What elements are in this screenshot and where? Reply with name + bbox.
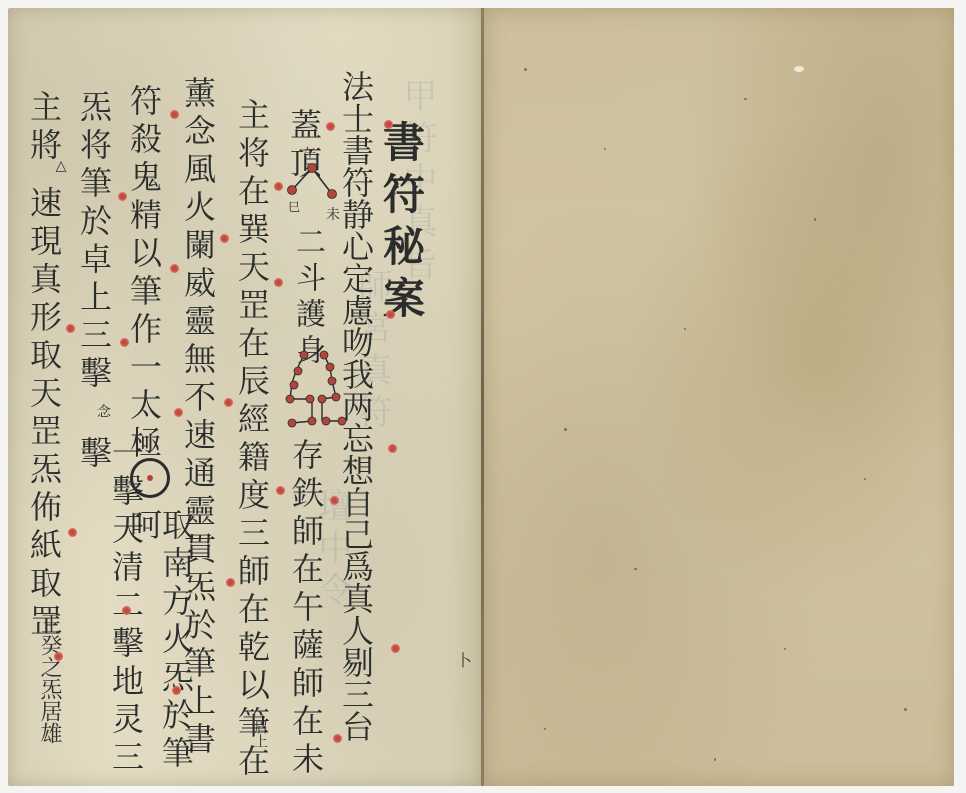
diagram-label-right: 未: [326, 204, 340, 224]
text-column-7a: 主將: [28, 90, 60, 166]
red-punctuation-dot: [276, 486, 285, 495]
red-punctuation-dot: [170, 264, 179, 273]
red-punctuation-dot: [384, 120, 393, 129]
text-column-2c: 存鉄師在午薩師在未: [290, 438, 322, 780]
red-punctuation-dot: [174, 408, 183, 417]
left-page: 甲符中真旨 師宮真符 壇中令 書符秘案 法士書符静心定慮吻我两忘想自己爲真人剔三…: [8, 8, 484, 786]
red-punctuation-dot: [118, 192, 127, 201]
page-title: 書符秘案: [380, 120, 422, 328]
red-punctuation-dot: [388, 444, 397, 453]
red-punctuation-dot: [54, 652, 63, 661]
red-punctuation-dot: [170, 110, 179, 119]
red-punctuation-dot: [330, 496, 339, 505]
paper-speck: [564, 428, 567, 431]
manuscript-spread: 甲符中真旨 師宮真符 壇中令 書符秘案 法士書符静心定慮吻我两忘想自己爲真人剔三…: [0, 0, 966, 793]
text-column-7b: 速現真形取天罡炁佈紙取罡: [28, 186, 60, 642]
column-7-marker: △: [54, 158, 68, 174]
red-punctuation-dot: [333, 734, 342, 743]
red-punctuation-dot: [274, 278, 283, 287]
paper-speck: [544, 728, 546, 730]
paper-speck: [744, 98, 747, 100]
red-punctuation-dot: [68, 528, 77, 537]
paper-speck: [604, 148, 606, 150]
column-3-annotation: 眉上: [253, 720, 267, 748]
right-page-blank: [484, 8, 954, 786]
column-6-annotation: 念: [96, 404, 110, 418]
margin-mark: 卜: [456, 648, 472, 671]
diagram-label-left: 巳: [288, 198, 300, 215]
red-punctuation-dot: [172, 686, 181, 695]
big-dipper-diagram: [274, 333, 358, 443]
column-7-annotation: 王癸之炁居雄: [38, 612, 60, 744]
red-punctuation-dot: [391, 644, 400, 653]
paper-light-spot: [794, 66, 804, 72]
red-punctuation-dot: [226, 578, 235, 587]
star-diagram-triangle: 午 巳 未: [274, 148, 354, 218]
paper-speck: [864, 478, 866, 480]
text-column-6a: 炁将筆於卓上三擊: [78, 90, 110, 394]
red-punctuation-dot: [224, 398, 233, 407]
paper-speck: [814, 218, 816, 221]
red-punctuation-dot: [274, 182, 283, 191]
paper-speck: [684, 328, 686, 330]
red-punctuation-dot: [120, 338, 129, 347]
paper-speck: [714, 758, 716, 761]
paper-speck: [524, 68, 527, 71]
text-column-6b: 一擊天清二擊地灵三擊: [78, 436, 142, 786]
red-punctuation-dot: [220, 234, 229, 243]
paper-speck: [904, 708, 907, 711]
text-column-3: 主将在巽天罡在辰經籍度三師在乾以筆在: [236, 98, 268, 782]
paper-speck: [784, 648, 786, 650]
diagram-label-top: 午: [304, 144, 316, 161]
red-punctuation-dot: [66, 324, 75, 333]
red-punctuation-dot: [386, 310, 395, 319]
text-column-5a: 符殺鬼精以筆作一太極: [128, 84, 160, 464]
paper-speck: [634, 568, 637, 570]
red-punctuation-dot: [122, 606, 131, 615]
red-punctuation-dot: [326, 122, 335, 131]
